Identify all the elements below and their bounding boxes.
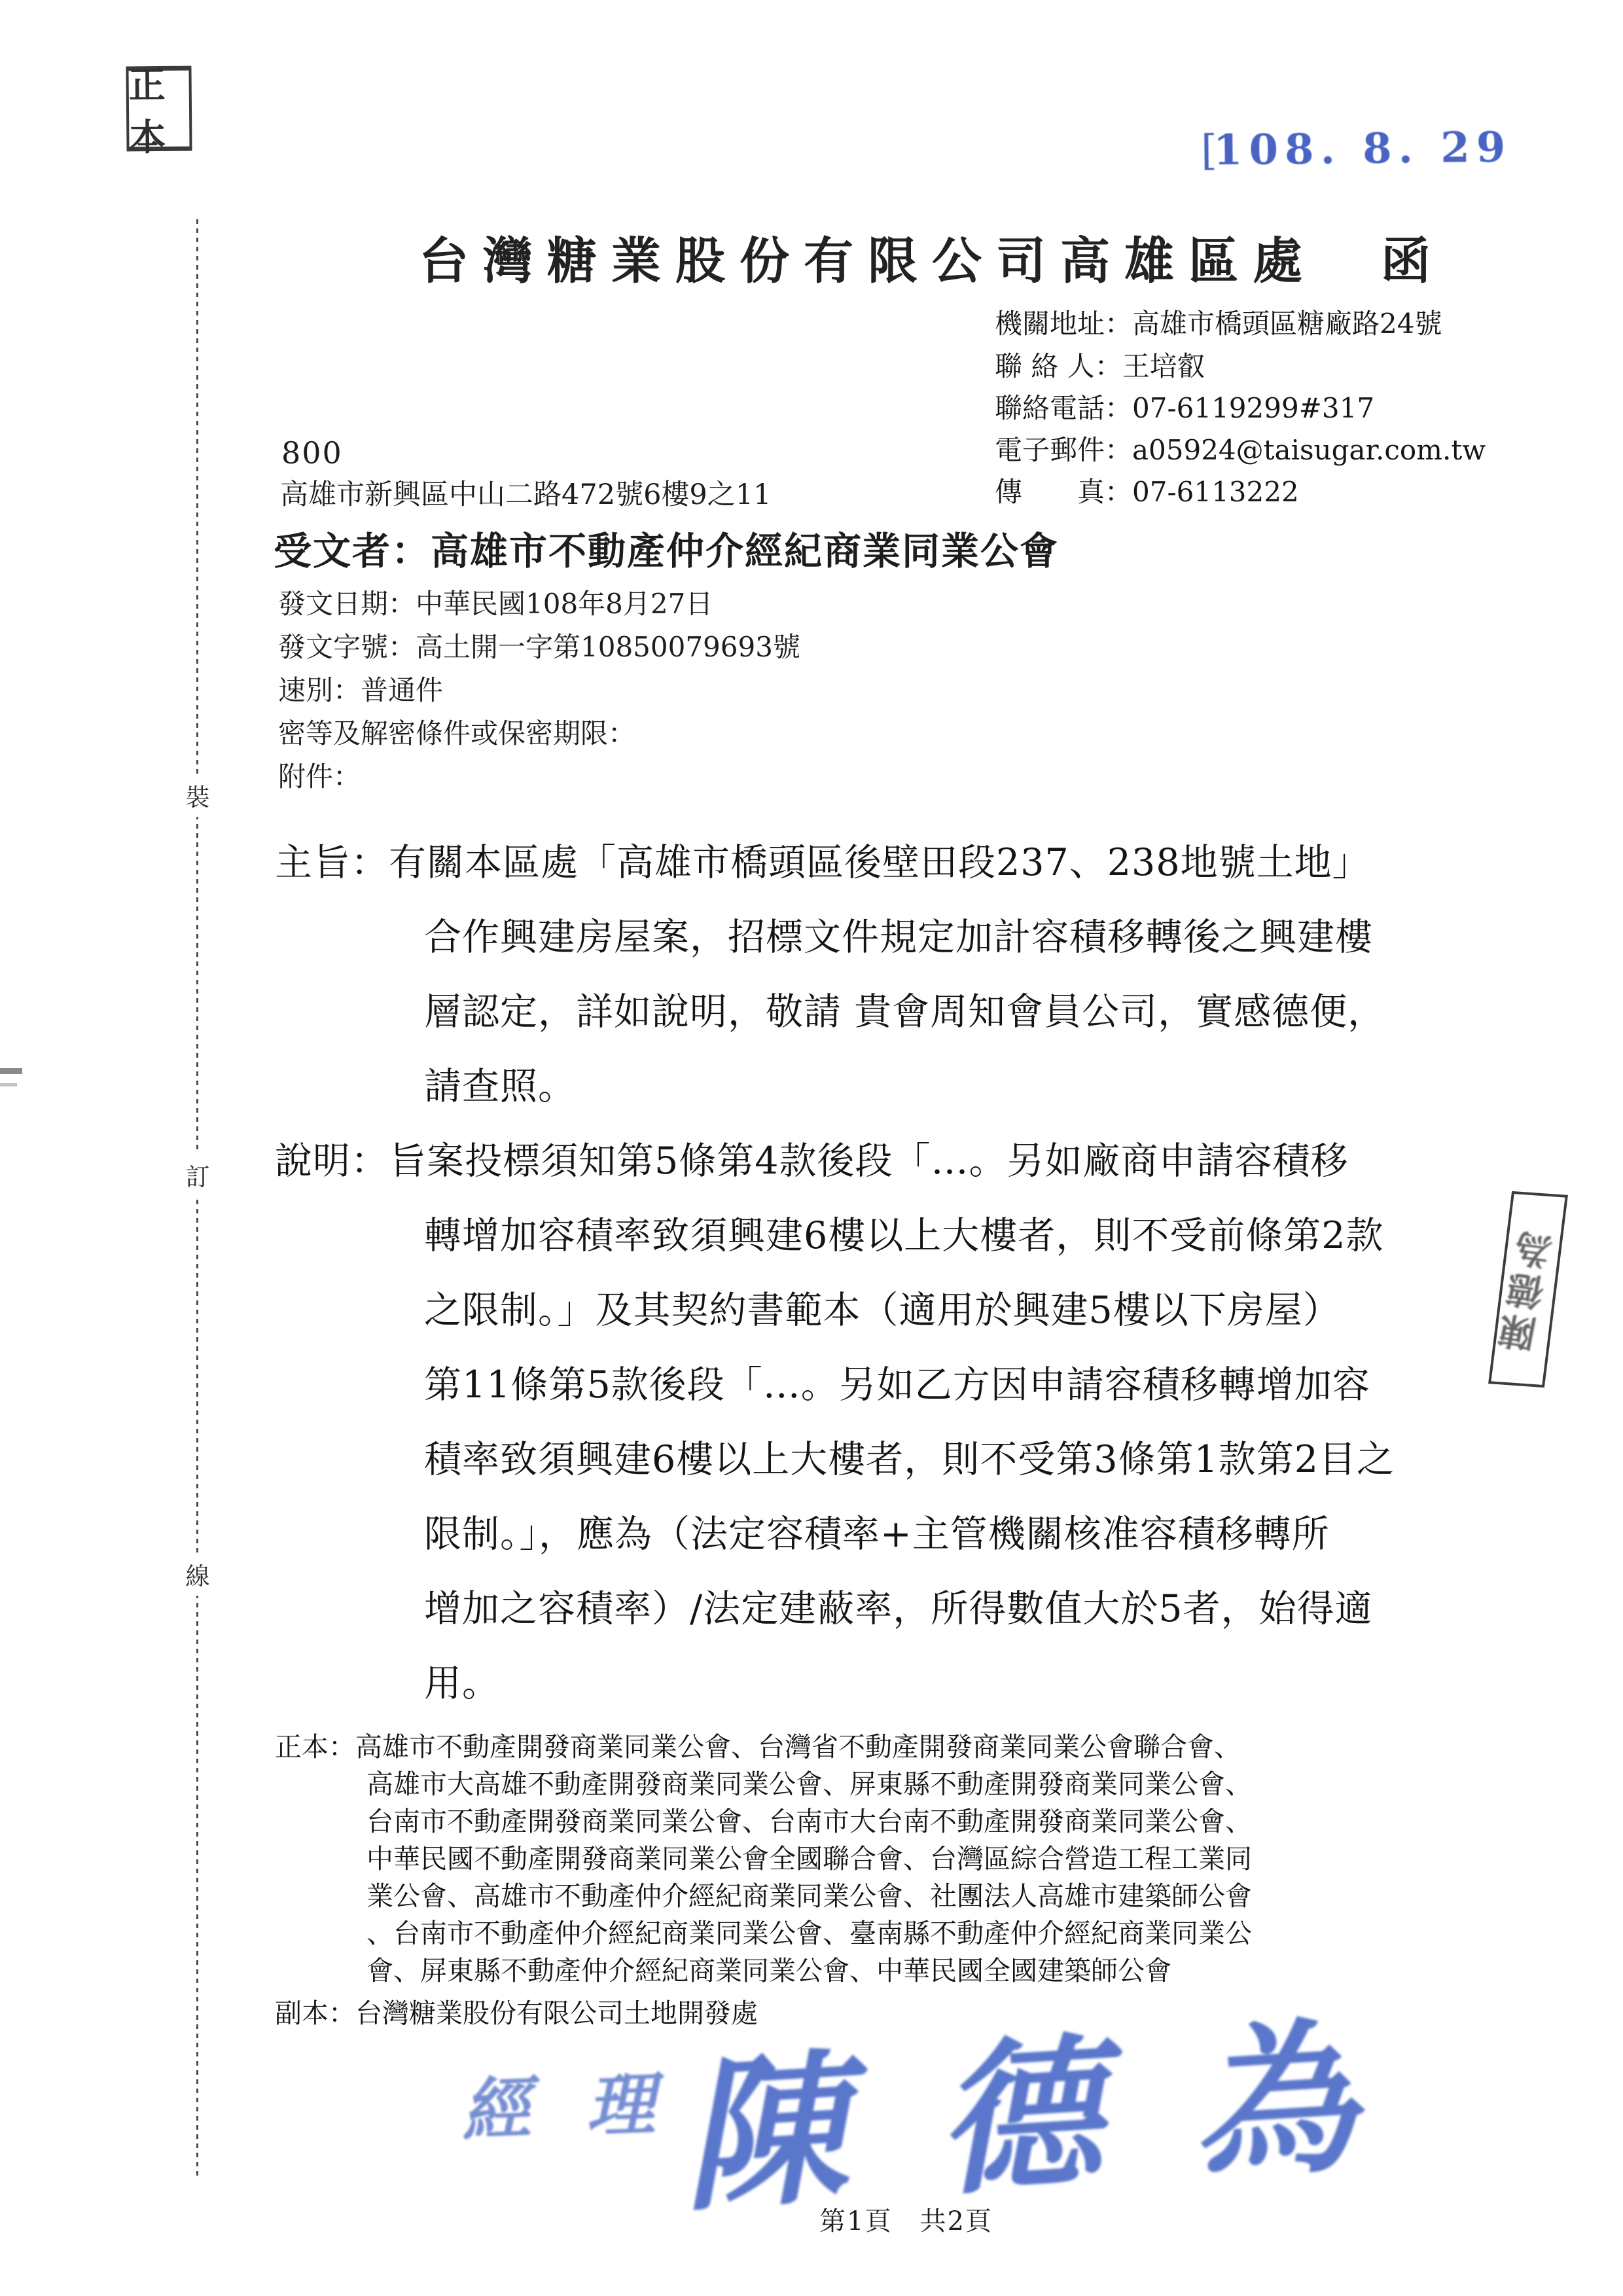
primary-recipients-line: 會、屏東縣不動產仲介經紀商業同業公會、中華民國全國建築師公會 [366,1949,1171,1988]
subject-line: 層認定，詳如說明，敬請 貴會周知會員公司，實感德便， [424,982,1385,1035]
primary-recipients-line: 、台南市不動產仲介經紀商業同業公會、臺南縣不動產仲介經紀商業同業公 [366,1912,1252,1950]
copy-type-stamp-label: 正本 [128,56,189,162]
copy-type-stamp: 正本 [126,66,192,152]
received-date-stamp: [108. 8. 29 [1201,123,1512,175]
description-line: 用。 [424,1653,500,1707]
issue-date-line: 發文日期：中華民國108年8月27日 [278,583,713,622]
sender-contact-person-line: 聯 絡 人：王培叡 [995,345,1205,384]
scan-artifact [0,1083,17,1086]
recipient-postal-code: 800 [281,435,343,471]
recipient-address: 高雄市新興區中山二路472號6樓9之11 [280,473,772,512]
recipient-line: 受文者：高雄市不動產仲介經紀商業同業公會 [274,520,1059,575]
seam-chop-stamp-text: 陳德為 [1490,1224,1566,1355]
primary-recipients-line: 中華民國不動產開發商業同業公會全國聯合會、台灣區綜合營造工程工業同 [366,1837,1252,1876]
sender-fax-line: 傳 真：07-6113222 [995,471,1299,510]
description-line: 說明：旨案投標須知第5條第4款後段「…。另如廠商申請容積移 [275,1131,1349,1185]
primary-recipients-line: 高雄市大高雄不動產開發商業同業公會、屏東縣不動產開發商業同業公會、 [366,1763,1252,1801]
document-title: 台灣糖業股份有限公司高雄區處 函 [419,221,1335,293]
binding-mark-xian: 線 [184,1552,211,1596]
binding-mark-zhuang: 裝 [184,774,211,817]
sender-address-line: 機關地址：高雄市橋頭區糖廠路24號 [995,302,1442,342]
scan-artifact [0,1068,22,1074]
subject-line: 合作興建房屋案，招標文件規定加計容積移轉後之興建樓 [424,907,1373,961]
manager-title-seal: 經理 [459,2047,711,2155]
primary-recipients-line: 台南市不動產開發商業同業公會、台南市大台南不動產開發商業同業公會、 [366,1800,1252,1839]
reference-number-line: 發文字號：高土開一字第10850079693號 [278,626,800,665]
manager-name-seal: 陳德為 [674,1960,1453,2242]
description-line: 第11條第5款後段「…。另如乙方因申請容積移轉增加容 [424,1355,1370,1408]
description-line: 增加之容積率）/法定建蔽率，所得數值大於5者，始得適 [424,1579,1372,1632]
attachment-line: 附件： [278,755,361,795]
official-letter-page: 正本 [108. 8. 29 台灣糖業股份有限公司高雄區處 函 機關地址：高雄市… [0,0,1623,2296]
description-line: 限制。」，應為（法定容積率+主管機關核准容積移轉所 [424,1504,1330,1558]
page-number-footer: 第1頁 共2頁 [819,2200,993,2238]
binding-mark-ding: 訂 [184,1153,211,1196]
description-line: 積率致須興建6樓以上大樓者，則不受第3條第1款第2目之 [424,1429,1395,1483]
priority-line: 速別：普通件 [278,669,443,708]
seam-chop-stamp: 陳德為 [1488,1191,1568,1388]
description-line: 之限制。」及其契約書範本（適用於興建5樓以下房屋） [424,1280,1341,1334]
date-stamp-value: 108. 8. 29 [1213,123,1512,175]
primary-recipients-line: 業公會、高雄市不動產仲介經紀商業同業公會、社團法人高雄市建築師公會 [366,1874,1252,1913]
description-line: 轉增加容積率致須興建6樓以上大樓者，則不受前條第2款 [424,1206,1384,1259]
binding-dotted-line [196,219,198,2176]
primary-recipients-line: 正本：高雄市不動產開發商業同業公會、台灣省不動產開發商業同業公會聯合會、 [275,1725,1241,1764]
sender-phone-line: 聯絡電話：07-6119299#317 [995,387,1374,426]
subject-line: 主旨：有關本區處「高雄市橋頭區後壁田段237、238地號土地」 [275,833,1370,886]
security-class-line: 密等及解密條件或保密期限： [278,712,635,751]
subject-line: 請查照。 [424,1056,576,1110]
sender-email-line: 電子郵件：a05924@taisugar.com.tw [995,429,1486,468]
